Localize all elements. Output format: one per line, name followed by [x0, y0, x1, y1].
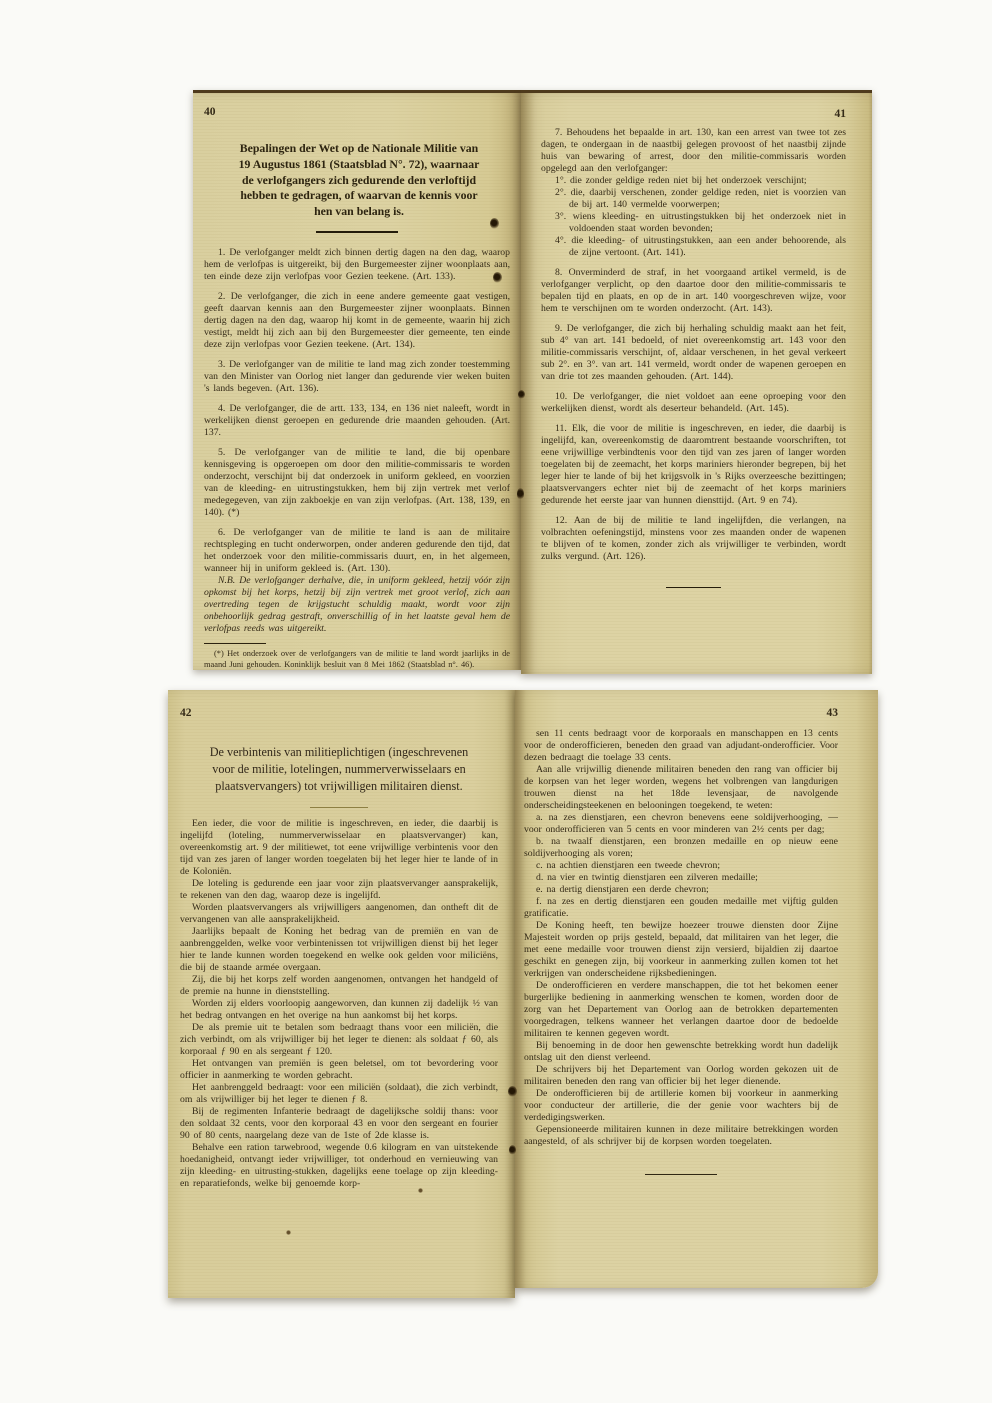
paragraph-nb: N.B. De verlofganger derhalve, die, in u…: [204, 575, 510, 635]
paragraph: Bij benoeming in de door hen gewenschte …: [524, 1040, 838, 1064]
paragraph: Een ieder, die voor de militie is ingesc…: [180, 818, 498, 878]
page-number-41: 41: [541, 107, 846, 121]
paragraph: sen 11 cents bedraagt voor de korporaals…: [524, 728, 838, 764]
paragraph: Gepensioneerde militairen kunnen in deze…: [524, 1124, 838, 1148]
page-41: 41 7. Behoudens het bepaalde in art. 130…: [521, 90, 872, 674]
paragraph: Bij de regimenten Infanterie bedraagt de…: [180, 1106, 498, 1142]
paragraph-7-intro: 7. Behoudens het bepaalde in art. 130, k…: [541, 127, 846, 175]
page-43-body: sen 11 cents bedraagt voor de korporaals…: [524, 728, 838, 1148]
paragraph-8: 8. Onverminderd de straf, in het voorgaa…: [541, 267, 846, 315]
page-number-40: 40: [204, 105, 510, 119]
award-item-b: b. na twaalf dienstjaren, een bronzen me…: [524, 836, 838, 860]
heading-divider-rule: [310, 807, 368, 808]
paragraph: De Koning heeft, ten bewijze hoezeer tro…: [524, 920, 838, 980]
list-item-1: 1°. die zonder geldige reden niet bij he…: [541, 175, 846, 187]
paragraph-4: 4. De verlofganger, die de artt. 133, 13…: [204, 403, 510, 439]
section-end-rule: [666, 587, 721, 588]
paragraph-12: 12. Aan de bij de militie te land ingeli…: [541, 515, 846, 563]
award-item-f: f. na zes en dertig dienstjaren een goud…: [524, 896, 838, 920]
footnote-rule: [204, 643, 266, 644]
paragraph: De onderofficieren en verdere manschappe…: [524, 980, 838, 1040]
paragraph: De als premie uit te betalen som bedraag…: [180, 1022, 498, 1058]
book-spread-40-41: 40 Bepalingen der Wet op de Nationale Mi…: [193, 90, 872, 674]
award-item-a: a. na zes dienstjaren, een chevron benev…: [524, 812, 838, 836]
list-item-4: 4°. die kleeding- of uitrustingstukken, …: [541, 235, 846, 259]
paragraph-1: 1. De verlofganger meldt zich binnen der…: [204, 247, 510, 283]
paragraph: De onderofficieren bij de artillerie kom…: [524, 1088, 838, 1124]
paragraph-5: 5. De verlofganger van de militie te lan…: [204, 447, 510, 519]
award-item-e: e. na dertig dienstjaren een derde chevr…: [524, 884, 838, 896]
paragraph: Jaarlijks bepaalt de Koning het bedrag v…: [180, 926, 498, 974]
heading-divider-rule: [316, 231, 398, 233]
page-40-body: 1. De verlofganger meldt zich binnen der…: [204, 247, 510, 635]
paragraph-9: 9. De verlofganger, die zich bij herhali…: [541, 323, 846, 383]
paragraph: Behalve een ration tarwebrood, wegende 0…: [180, 1142, 498, 1190]
page-40: 40 Bepalingen der Wet op de Nationale Mi…: [193, 90, 521, 670]
paragraph-6: 6. De verlofganger van de militie te lan…: [204, 527, 510, 575]
page-42-title: De verbintenis van militieplichtigen (in…: [180, 744, 498, 795]
page-42-body: Een ieder, die voor de militie is ingesc…: [180, 818, 498, 1190]
paragraph: Zij, die bij het korps zelf worden aange…: [180, 974, 498, 998]
book-spread-42-43: 42 De verbintenis van militieplichtigen …: [168, 690, 878, 1298]
footnote: (*) Het onderzoek over de verlofgangers …: [204, 649, 510, 670]
list-item-2: 2°. die, daarbij verschenen, zonder geld…: [541, 187, 846, 211]
paragraph: Het ontvangen van premiën is geen belets…: [180, 1058, 498, 1082]
list-item-3: 3°. wiens kleeding- en uitrustingstukken…: [541, 211, 846, 235]
page-40-title: Bepalingen der Wet op de Nationale Milit…: [204, 141, 510, 220]
page-42: 42 De verbintenis van militieplichtigen …: [168, 690, 515, 1298]
paragraph: De schrijvers bij het Departement van Oo…: [524, 1064, 838, 1088]
paragraph-10: 10. De verlofganger, die niet voldoet aa…: [541, 391, 846, 415]
paragraph-3: 3. De verlofganger van de militie te lan…: [204, 359, 510, 395]
paragraph-2: 2. De verlofganger, die zich in eene and…: [204, 291, 510, 351]
award-item-c: c. na achtien dienstjaren een tweede che…: [524, 860, 838, 872]
paragraph: De loteling is gedurende een jaar voor z…: [180, 878, 498, 902]
award-item-d: d. na vier en twintig dienstjaren een zi…: [524, 872, 838, 884]
paragraph: Worden zij elders voorloopig aangeworven…: [180, 998, 498, 1022]
page-43: 43 sen 11 cents bedraagt voor de korpora…: [515, 690, 878, 1288]
page-number-43: 43: [524, 706, 838, 720]
page-number-42: 42: [180, 706, 498, 720]
section-end-rule: [645, 1174, 717, 1175]
page-41-body: 7. Behoudens het bepaalde in art. 130, k…: [541, 127, 846, 563]
paragraph: Worden plaatsvervangers als vrijwilliger…: [180, 902, 498, 926]
paragraph: Het aanbrenggeld bedraagt: voor een mili…: [180, 1082, 498, 1106]
paragraph-11: 11. Elk, die voor de militie is ingeschr…: [541, 423, 846, 507]
paragraph: Aan alle vrijwillig dienende militairen …: [524, 764, 838, 812]
